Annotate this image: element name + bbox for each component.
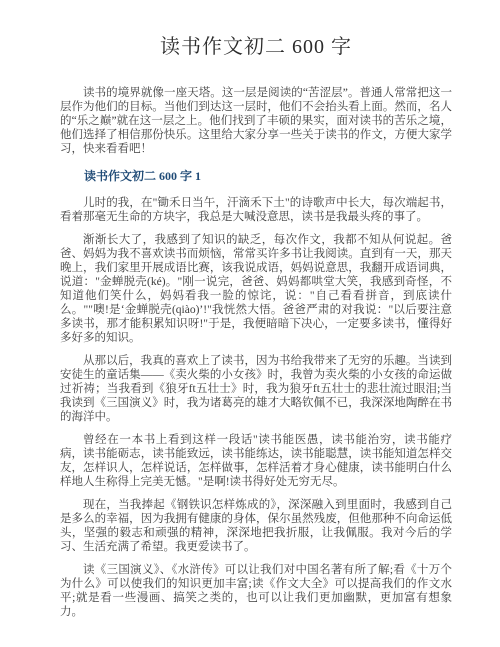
page-title: 读书作文初二 600 字 — [60, 34, 452, 60]
essay-paragraph: 曾经在一本书上看到这样一段话"读书能医愚，读书能治穷，读书能疗病，读书能砺志，读… — [60, 433, 452, 489]
section-heading: 读书作文初二 600 字 1 — [60, 169, 452, 184]
document-page: 读书作文初二 600 字 读书的境界就像一座天塔。这一层是阅读的“苦涩层”。普通… — [0, 0, 500, 647]
essay-paragraph: 儿时的我，在"锄禾日当午，汗滴禾下土"的诗歌声中长大，每次端起书，看着那毫无生命… — [60, 196, 452, 224]
essay-paragraph: 渐渐长大了，我感到了知识的缺乏，每次作文，我都不知从何说起。爸爸、妈妈为我不喜欢… — [60, 233, 452, 345]
intro-paragraph: 读书的境界就像一座天塔。这一层是阅读的“苦涩层”。普通人常常把这一层作为他们的目… — [60, 86, 452, 156]
essay-paragraph: 读《三国演义》、《水浒传》可以让我们对中国名著有所了解;看《十万个为什么》可以使… — [60, 563, 452, 619]
essay-paragraph: 现在，当我捧起《钢铁识怎样炼成的》，深深融入到里面时，我感到自己是多么的幸福，因… — [60, 498, 452, 554]
essay-paragraph: 从那以后，我真的喜欢上了读书，因为书给我带来了无穷的乐趣。当读到安徒生的童话集—… — [60, 354, 452, 424]
